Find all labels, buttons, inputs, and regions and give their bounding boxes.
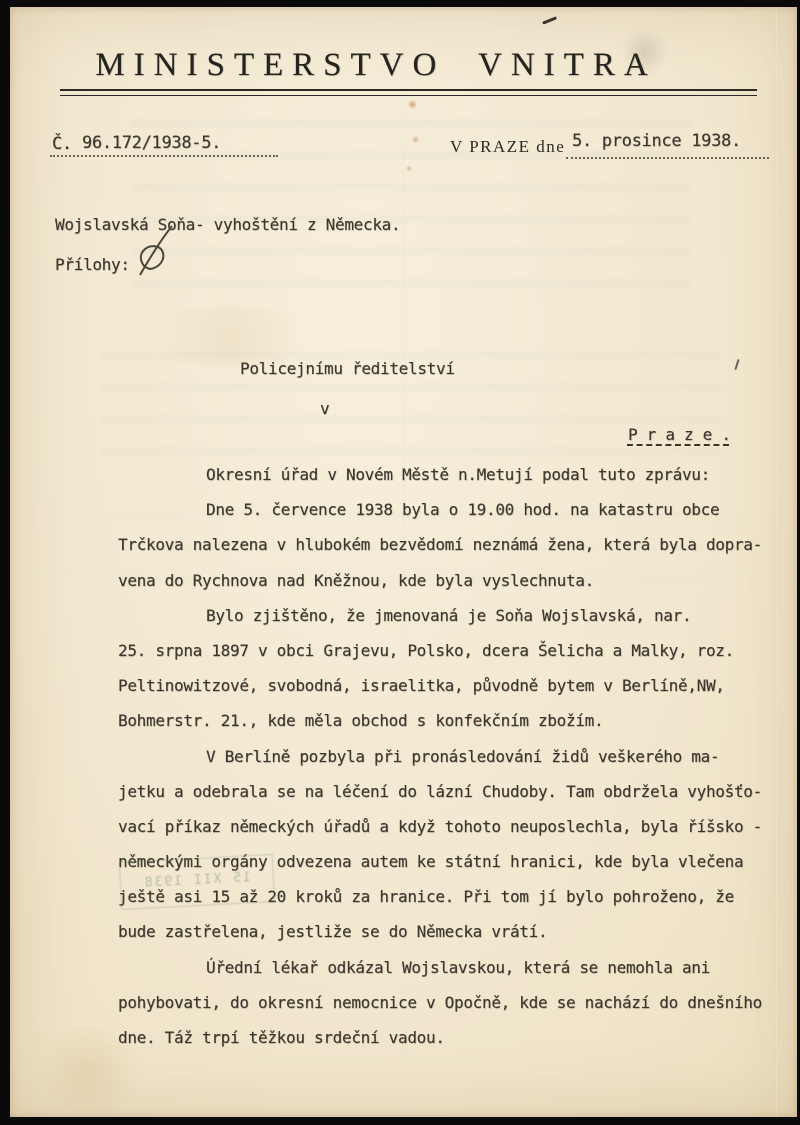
addressee-line-2: v bbox=[320, 399, 329, 418]
dateline-place-label: V PRAZE dne bbox=[450, 137, 565, 157]
letter-paper: MINISTERSTVO VNITRA Č. 96.172/1938-5. V … bbox=[10, 7, 797, 1117]
crossed-zero-icon bbox=[128, 223, 180, 279]
dateline-date: 5. prosince 1938. bbox=[572, 131, 741, 151]
body-line: jetku a odebrala se na léčení do lázní C… bbox=[118, 774, 786, 809]
light-patch bbox=[130, 307, 330, 367]
rust-stain bbox=[412, 135, 419, 144]
body-line: pohybovati, do okresní nemocnice v Opočn… bbox=[118, 985, 786, 1020]
rust-stain bbox=[406, 165, 412, 172]
body-line: V Berlíně pozbyla při pronásledování žid… bbox=[118, 739, 786, 774]
body-line: dne. Táž trpí těžkou srdeční vadou. bbox=[118, 1020, 786, 1055]
reference-number: 96.172/1938-5. bbox=[82, 133, 221, 153]
dateline-dotted-rule bbox=[566, 157, 769, 159]
body-line: Bylo zjištěno, že jmenovaná je Soňa Wojs… bbox=[118, 598, 786, 633]
addressee-line-3: P r a z e . bbox=[628, 425, 731, 444]
body-line: Dne 5. července 1938 byla o 19.00 hod. n… bbox=[118, 492, 786, 527]
body-line: Okresní úřad v Novém Městě n.Metují poda… bbox=[118, 457, 786, 492]
bleedthrough-stamp: 15 XII 1938 bbox=[119, 854, 275, 910]
scanned-document: MINISTERSTVO VNITRA Č. 96.172/1938-5. V … bbox=[0, 0, 800, 1125]
reference-label: Č. bbox=[52, 134, 72, 154]
bleedthrough-text-area bbox=[100, 327, 720, 467]
body-line: Bohmerstr. 21., kde měla obchod s konfek… bbox=[118, 703, 786, 738]
letterhead-title: MINISTERSTVO VNITRA bbox=[10, 47, 742, 84]
pen-tick-icon bbox=[542, 16, 557, 24]
body-line: Trčkova nalezena v hlubokém bezvědomí ne… bbox=[118, 527, 786, 562]
body-line: vací příkaz německých úřadů a když tohot… bbox=[118, 809, 786, 844]
addressee-underline bbox=[627, 444, 729, 446]
pen-tick-icon bbox=[734, 359, 739, 370]
body-line: vena do Rychnova nad Kněžnou, kde byla v… bbox=[118, 563, 786, 598]
body-line: bude zastřelena, jestliže se do Německa … bbox=[118, 914, 786, 949]
body-line: 25. srpna 1897 v obci Grajevu, Polsko, d… bbox=[118, 633, 786, 668]
letterhead-double-rule bbox=[60, 89, 757, 96]
addressee-line-1: Policejnímu ředitelství bbox=[240, 359, 455, 378]
reference-dotted-rule bbox=[50, 155, 278, 157]
attachments-label: Přílohy: bbox=[55, 255, 130, 274]
body-line: Úřední lékař odkázal Wojslavskou, která … bbox=[118, 950, 786, 985]
body-line: Peltinowitzové, svobodná, israelitka, pů… bbox=[118, 668, 786, 703]
bleedthrough-text-area bbox=[130, 95, 690, 295]
subject-line: Wojslavská Soňa- vyhoštění z Německa. bbox=[55, 215, 400, 234]
body-lines: Okresní úřad v Novém Městě n.Metují poda… bbox=[118, 457, 786, 1055]
rust-stain bbox=[408, 99, 417, 110]
